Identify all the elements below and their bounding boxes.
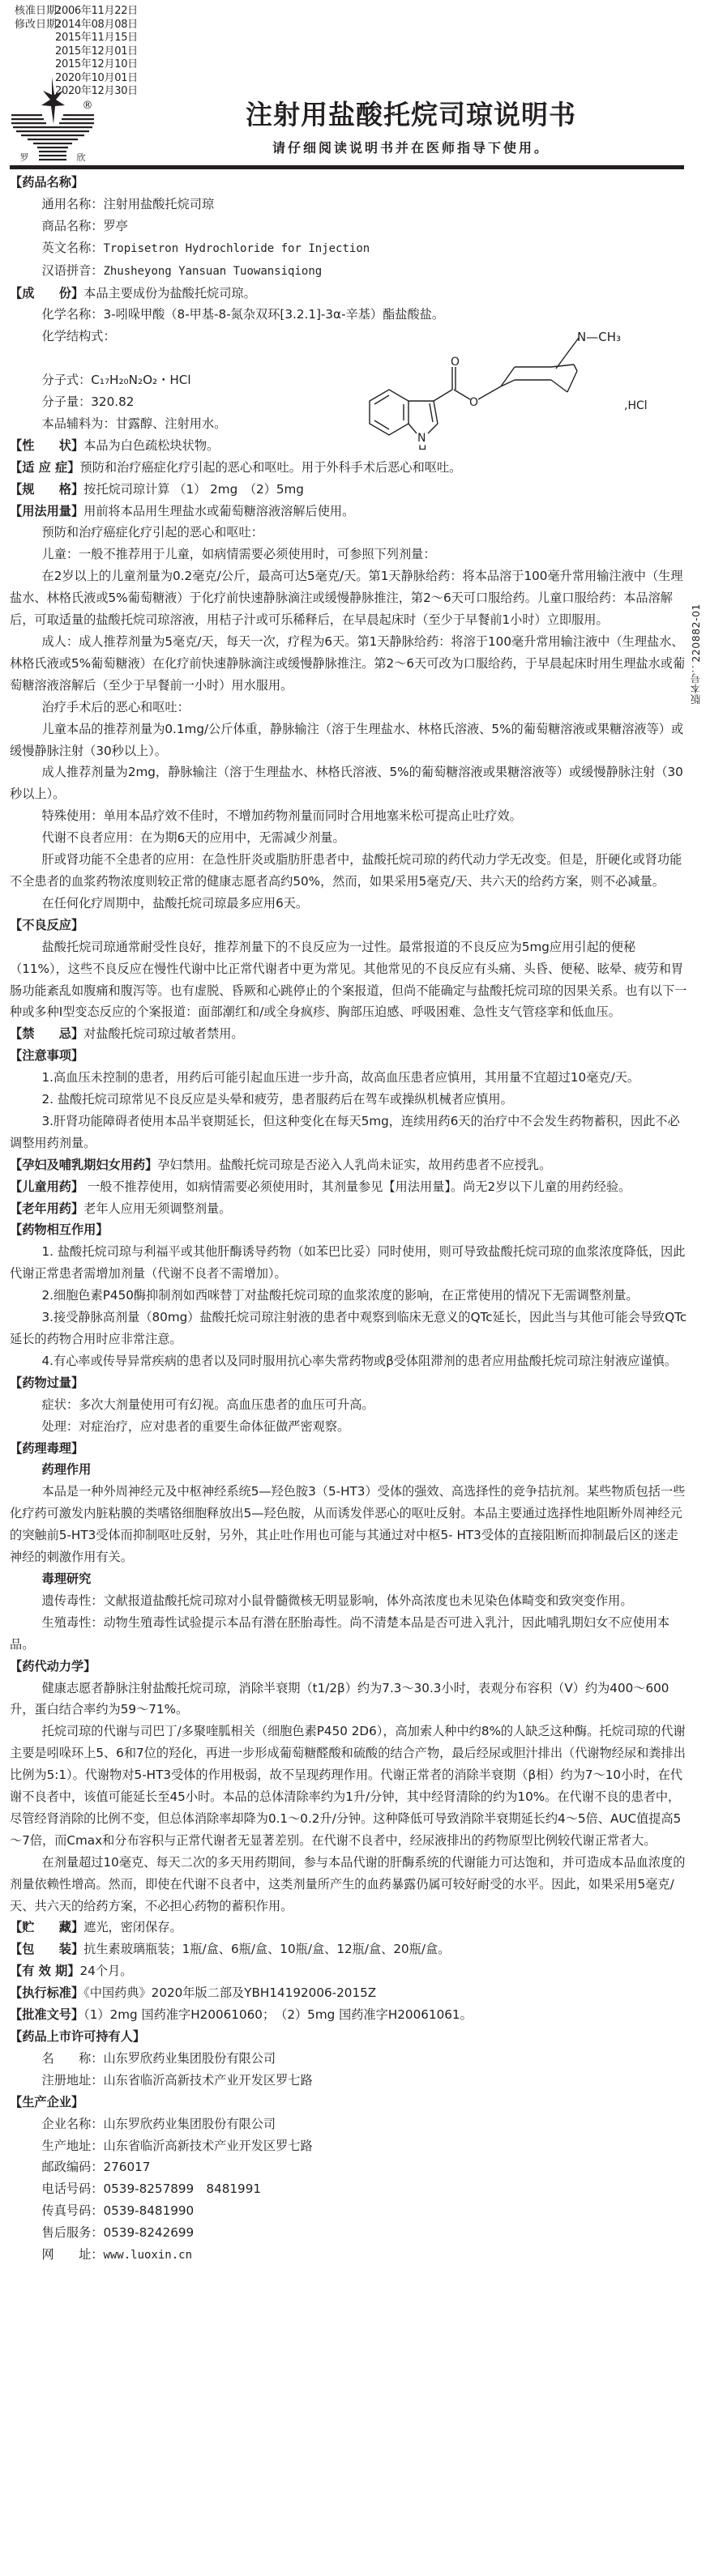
overdose-treatment: 处理：对症治疗，应对患者的重要生命体征做严密观察。 xyxy=(10,1416,687,1438)
description-row: 【性 状】本品为白色疏松块状物。 xyxy=(10,435,687,457)
precaution-item: 3.肝肾功能障碍者使用本品半衰期延长，但这种变化在每天5mg，连续用药6天的治疗… xyxy=(10,1111,687,1154)
mah-name: 名 称：山东罗欣药业集团股份有限公司 xyxy=(10,2048,687,2070)
chemical-name: 化学名称：3-吲哚甲酸（8-甲基-8-氮杂双环[3.2.1]-3α-辛基）酯盐酸… xyxy=(10,304,687,326)
pharmacokinetics-paragraph: 托烷司琼的代谢与司巴丁/多聚喹胍相关（细胞色素P450 2D6），高加索人种中约… xyxy=(10,1721,687,1851)
shelf-life-row: 【有 效 期】24个月。 xyxy=(10,1960,687,1982)
interaction-item: 3.接受静脉高剂量（80mg）盐酸托烷司琼注射液的患者中观察到临床无意义的QTc… xyxy=(10,1307,687,1350)
generic-name: 通用名称：注射用盐酸托烷司琼 xyxy=(10,194,687,215)
dosage-paragraph: 特殊使用：单用本品疗效不佳时，不增加药物剂量而同时合用地塞米松可提高止吐疗效。 xyxy=(10,805,687,827)
molecular-formula-row: 分子式：C₁₇H₂₀N₂O₂・HCl xyxy=(10,369,687,391)
geriatric-row: 【老年用药】老年人应用无须调整剂量。 xyxy=(10,1198,687,1220)
section-heading-indications: 【适 应 症】 xyxy=(10,460,80,475)
section-heading-mah: 【药品上市许可持有人】 xyxy=(10,2026,687,2048)
pharmacokinetics-paragraph: 在剂量超过10毫克、每天二次的多天用药期间，参与本品代谢的肝酶系统的代谢能力可达… xyxy=(10,1852,687,1917)
document-body: 【药品名称】 通用名称：注射用盐酸托烷司琼 商品名称：罗亭 英文名称：Tropi… xyxy=(10,172,687,2267)
section-heading-interactions: 【药物相互作用】 xyxy=(10,1219,687,1241)
revision-date: 2015年12月01日 xyxy=(55,45,138,59)
after-sales-service: 售后服务：0539-8242699 xyxy=(10,2222,687,2244)
dosage-row: 【用法用量】用前将本品用生理盐水或葡萄糖溶液溶解后使用。 xyxy=(10,501,687,522)
section-heading-description: 【性 状】 xyxy=(10,438,83,453)
precaution-item: 1.高血压未控制的患者，用药后可能引起血压进一步升高，故高血压患者应慎用，其用量… xyxy=(10,1067,687,1089)
section-heading-overdose: 【药物过量】 xyxy=(10,1372,687,1394)
svg-text:®: ® xyxy=(83,100,93,112)
section-heading-approval: 【批准文号】 xyxy=(10,2007,83,2022)
pharmacokinetics-paragraph: 健康志愿者静脉注射盐酸托烷司琼，消除半衰期（t1/2β）约为7.3～30.3小时… xyxy=(10,1678,687,1721)
star-logo-icon: ® 罗 欣 xyxy=(6,77,100,164)
trade-name: 商品名称：罗亭 xyxy=(10,215,687,237)
dosage-paragraph: 在2岁以上的儿童剂量为0.2毫克/公斤，最高可达5毫克/天。第1天静脉给药：将本… xyxy=(10,565,687,631)
storage-row: 【贮 藏】遮光，密闭保存。 xyxy=(10,1917,687,1938)
genotoxicity-text: 遗传毒性：文献报道盐酸托烷司琼对小鼠骨髓微核无明显影响，体外高浓度也未见染色体畸… xyxy=(10,1590,687,1612)
subheading-pharmacodynamics: 药理作用 xyxy=(10,1459,687,1481)
interaction-item: 4.有心率或传导异常疾病的患者以及同时服用抗心率失常药物或β受体阻滞剂的患者应用… xyxy=(10,1350,687,1372)
section-heading-pharmacology: 【药理毒理】 xyxy=(10,1438,687,1460)
section-heading-pediatric: 【儿童用药】 xyxy=(10,1179,83,1194)
interaction-item: 2.细胞色素P450酶抑制剂如西咪替丁对盐酸托烷司琼的血浆浓度的影响，在正常使用… xyxy=(10,1285,687,1307)
dosage-paragraph: 肝或肾功能不全患者的应用：在急性肝炎或脂肪肝患者中，盐酸托烷司琼的药代动力学无改… xyxy=(10,849,687,893)
company-logo: ® 罗 欣 xyxy=(6,77,100,164)
overdose-symptoms: 症状：多次大剂量使用可有幻视。高血压患者的血压可升高。 xyxy=(10,1394,687,1416)
approval-date: 2006年11月22日 xyxy=(55,5,138,19)
structure-label: 化学结构式： xyxy=(10,326,687,348)
dosage-paragraph: 在任何化疗周期中，盐酸托烷司琼最多应用6天。 xyxy=(10,893,687,915)
document-header: 核准日期：2006年11月22日 修改日期：2014年08月08日 2015年1… xyxy=(0,0,710,162)
dosage-paragraph: 成人：成人推荐剂量为5毫克/天，每天一次，疗程为6天。第1天静脉给药：将溶于10… xyxy=(10,631,687,697)
packaging-row: 【包 装】抗生素玻璃瓶装；1瓶/盒、6瓶/盒、10瓶/盒、12瓶/盒、20瓶/盒… xyxy=(10,1938,687,1960)
pinyin-row: 汉语拼音：Zhusheyong Yansuan Tuowansiqiong xyxy=(10,260,687,283)
approval-row: 【批准文号】（1）2mg 国药准字H20061060； （2）5mg 国药准字H… xyxy=(10,2004,687,2026)
pregnancy-row: 【孕妇及哺乳期妇女用药】孕妇禁用。盐酸托烷司琼是否泌入人乳尚未证实，故用药患者不… xyxy=(10,1154,687,1176)
fax: 传真号码：0539-8481990 xyxy=(10,2200,687,2222)
revision-date: 2015年12月10日 xyxy=(55,58,138,72)
header-divider xyxy=(10,165,684,169)
phone: 电话号码：0539-8257899 8481991 xyxy=(10,2178,687,2200)
english-name-row: 英文名称：Tropisetron Hydrochloride for Injec… xyxy=(10,237,687,260)
mah-address: 注册地址：山东省临沂高新技术产业开发区罗七路 xyxy=(10,2070,687,2092)
postcode: 邮政编码：276017 xyxy=(10,2156,687,2178)
revision-date: 2015年11月15日 xyxy=(55,32,138,45)
section-heading-manufacturer: 【生产企业】 xyxy=(10,2092,687,2113)
subheading-toxicology: 毒理研究 xyxy=(10,1568,687,1590)
dosage-paragraph: 儿童本品的推荐剂量为0.1mg/公斤体重，静脉输注（溶于生理盐水、林格氏溶液、5… xyxy=(10,719,687,762)
section-heading-adverse-reactions: 【不良反应】 xyxy=(10,915,687,936)
document-title: 注射用盐酸托烷司琼说明书 xyxy=(111,99,710,131)
molecular-weight: 分子量：320.82 xyxy=(10,391,687,413)
svg-text:罗: 罗 xyxy=(20,152,29,163)
manufacturer-name: 企业名称：山东罗欣药业集团股份有限公司 xyxy=(10,2113,687,2135)
precaution-item: 2. 盐酸托烷司琼常见不良反应是头晕和疲劳，患者服药后在驾车或操纵机械者应慎用。 xyxy=(10,1089,687,1111)
dosage-paragraph: 成人推荐剂量为2mg，静脉输注（溶于生理盐水、林格氏溶液、5%的葡萄糖溶液或果糖… xyxy=(10,761,687,805)
dosage-paragraph: 治疗手术后的恶心和呕吐： xyxy=(10,697,687,719)
section-heading-specification: 【规 格】 xyxy=(10,482,83,497)
revision-date: 2014年08月08日 xyxy=(55,19,138,32)
interaction-item: 1. 盐酸托烷司琼与利福平或其他肝酶诱导药物（如苯巴比妥）同时使用，则可导致盐酸… xyxy=(10,1241,687,1285)
excipients: 本品辅料为：甘露醇、注射用水。 xyxy=(10,413,687,435)
section-heading-drug-name: 【药品名称】 xyxy=(10,172,687,194)
section-heading-pregnancy: 【孕妇及哺乳期妇女用药】 xyxy=(10,1158,157,1172)
section-heading-shelf-life: 【有 效 期】 xyxy=(10,1964,80,1978)
pediatric-row: 【儿童用药】 一般不推荐使用，如病情需要必须使用时，其剂量参见【用法用量】。尚无… xyxy=(10,1176,687,1198)
dosage-paragraph: 儿童：一般不推荐用于儿童，如病情需要必须使用时，可参照下列剂量： xyxy=(10,544,687,565)
reproductive-toxicity-text: 生殖毒性：动物生殖毒性试验提示本品有潜在胚胎毒性。尚不清楚本品是否可进入乳汁，因… xyxy=(10,1612,687,1656)
section-heading-dosage: 【用法用量】 xyxy=(10,504,83,518)
dosage-paragraph: 预防和治疗癌症化疗引起的恶心和呕吐： xyxy=(10,522,687,544)
section-heading-storage: 【贮 藏】 xyxy=(10,1920,83,1934)
section-heading-packaging: 【包 装】 xyxy=(10,1942,83,1956)
pharmacodynamics-text: 本品是一种外周神经元及中枢神经系统5—羟色胺3（5-HT3）受体的强效、高选择性… xyxy=(10,1481,687,1568)
adverse-reactions-text: 盐酸托烷司琼通常耐受性良好，推荐剂量下的不良反应为一过性。最常报道的不良反应为5… xyxy=(10,936,687,1024)
section-heading-composition: 【成 份】 xyxy=(10,286,83,301)
pinyin-name: Zhusheyong Yansuan Tuowansiqiong xyxy=(103,265,322,278)
specification-row: 【规 格】按托烷司琼计算 （1） 2mg （2）5mg xyxy=(10,479,687,501)
section-heading-standard: 【执行标准】 xyxy=(10,1985,83,2000)
english-name: Tropisetron Hydrochloride for Injection xyxy=(103,242,370,255)
section-heading-contraindications: 【禁 忌】 xyxy=(10,1026,83,1041)
molecular-formula: C₁₇H₂₀N₂O₂・HCl xyxy=(91,373,190,387)
standard-row: 【执行标准】《中国药典》2020年版二部及YBH14192006-2015Z xyxy=(10,1982,687,2004)
revision-date-label: 修改日期： xyxy=(15,19,55,32)
indications-row: 【适 应 症】预防和治疗癌症化疗引起的恶心和呕吐。用于外科手术后恶心和呕吐。 xyxy=(10,457,687,479)
document-subtitle: 请仔细阅读说明书并在医师指导下使用。 xyxy=(111,138,710,156)
composition-row: 【成 份】本品主要成份为盐酸托烷司琼。 xyxy=(10,283,687,305)
version-number: 版本号：220882-01 xyxy=(689,603,704,705)
approval-date-label: 核准日期： xyxy=(15,5,55,19)
section-heading-pharmacokinetics: 【药代动力学】 xyxy=(10,1656,687,1678)
section-heading-precautions: 【注意事项】 xyxy=(10,1045,687,1067)
contraindications-row: 【禁 忌】对盐酸托烷司琼过敏者禁用。 xyxy=(10,1023,687,1045)
dosage-paragraph: 代谢不良者应用：在为期6天的应用中，无需减少剂量。 xyxy=(10,827,687,849)
website-row: 网 址：www.luoxin.cn xyxy=(10,2244,687,2267)
website-link[interactable]: www.luoxin.cn xyxy=(103,2249,192,2262)
svg-text:欣: 欣 xyxy=(77,152,86,163)
manufacturer-address: 生产地址：山东省临沂高新技术产业开发区罗七路 xyxy=(10,2135,687,2157)
section-heading-geriatric: 【老年用药】 xyxy=(10,1201,83,1216)
